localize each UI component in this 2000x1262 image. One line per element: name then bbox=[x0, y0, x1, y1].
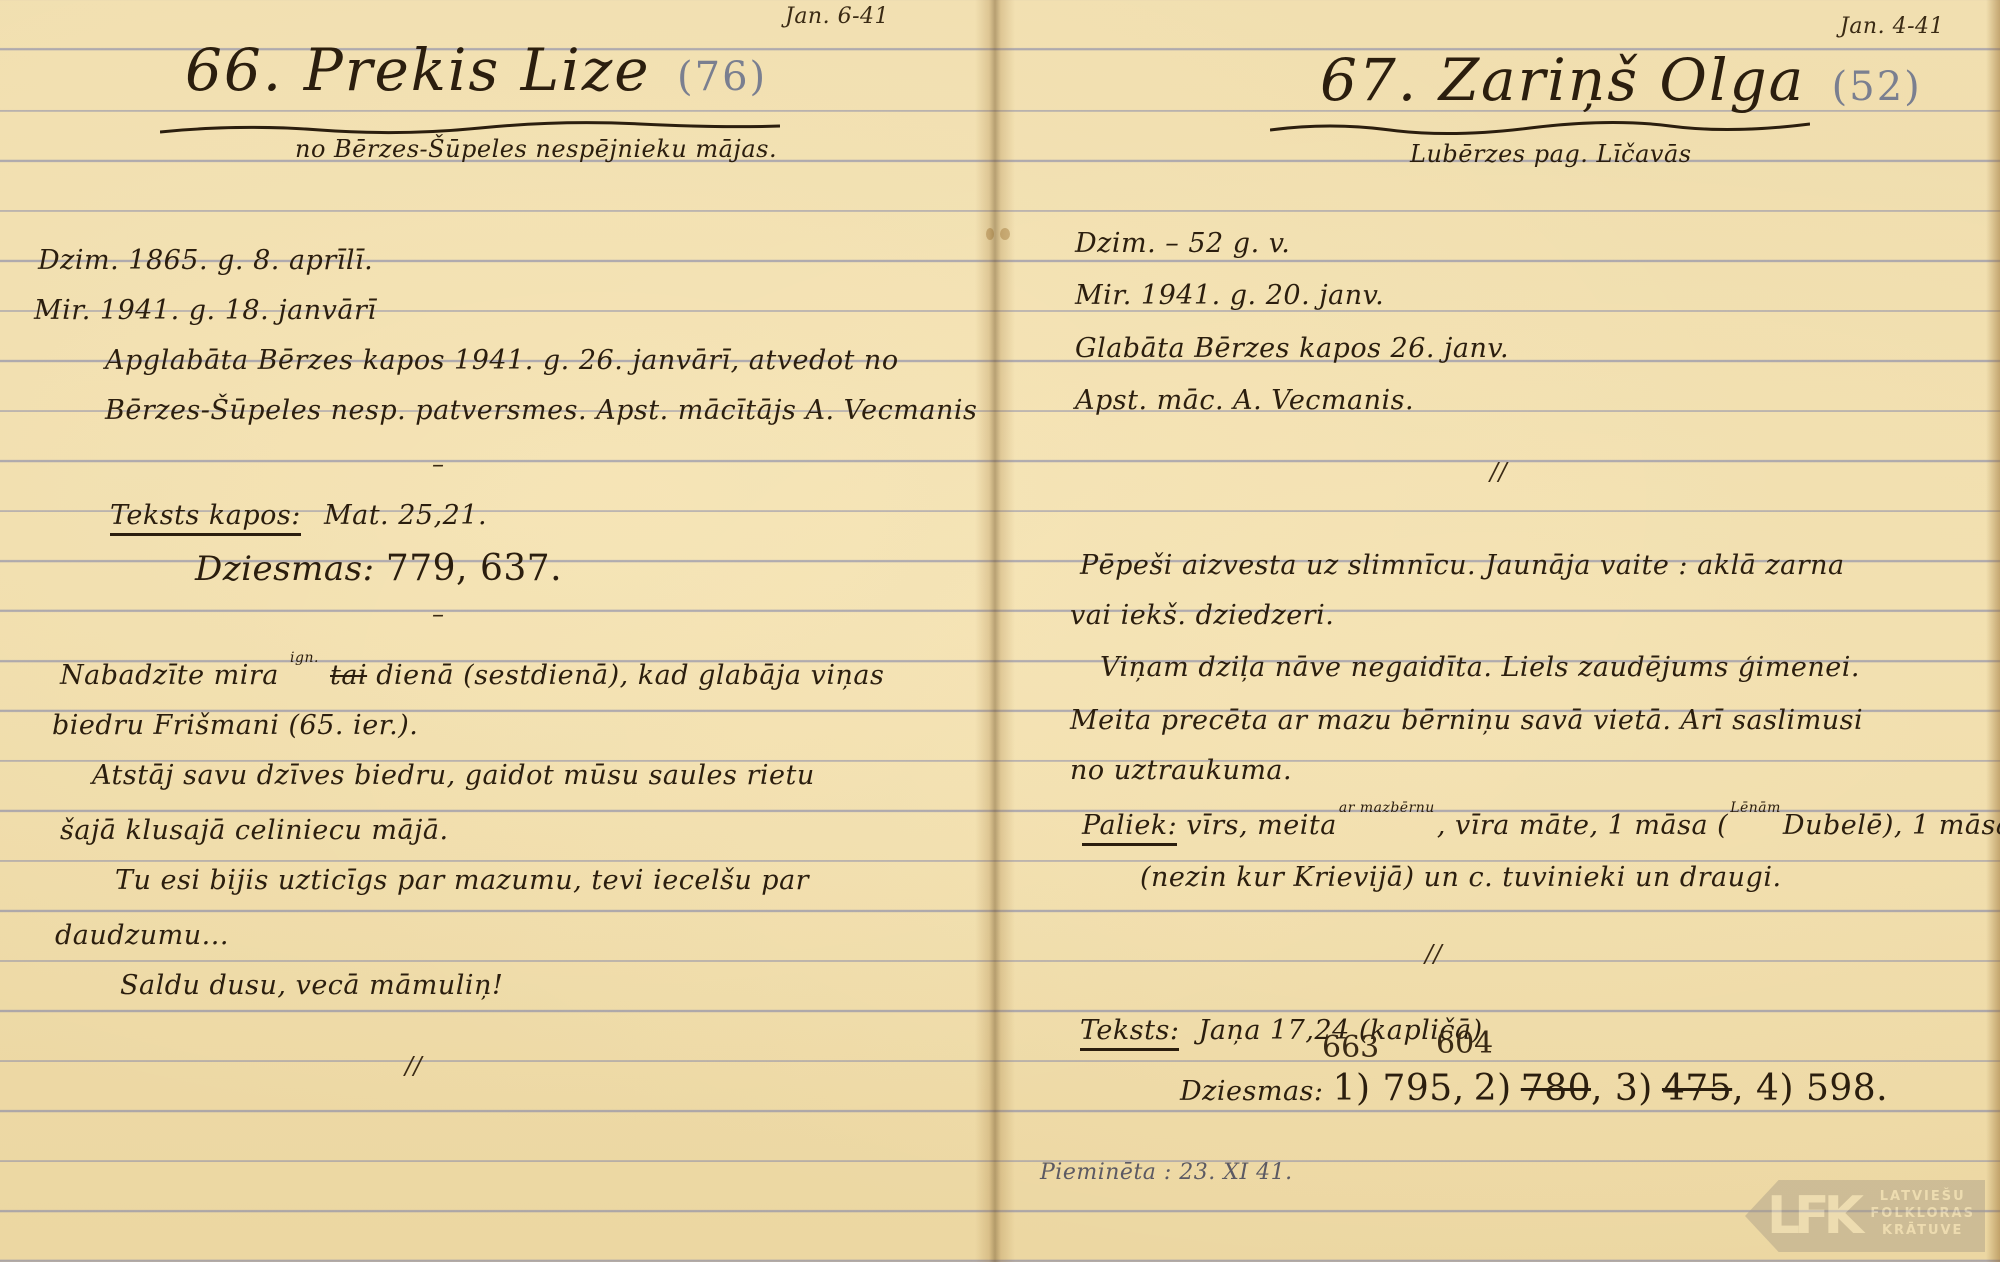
separator-mark: // bbox=[1490, 458, 1507, 486]
entry-name: Prekis Lize bbox=[304, 36, 651, 104]
paragraph-1-line-1: Pēpeši aizvesta uz slimnīcu. Jaunāja vai… bbox=[1080, 550, 1845, 581]
watermark-line: LATVIEŠU bbox=[1870, 1188, 1975, 1205]
paragraph-2-line-3: no uztraukuma. bbox=[1070, 755, 1292, 786]
paragraph-3-line-1: Tu esi bijis uzticīgs par mazumu, tevi i… bbox=[115, 865, 809, 896]
separator-mark: – bbox=[432, 450, 445, 478]
struck-word: tai bbox=[330, 660, 367, 691]
text-label: Teksts: bbox=[1080, 1015, 1179, 1051]
corner-date: Jan. 6-41 bbox=[785, 4, 889, 29]
lfk-logo-icon: LFK bbox=[1767, 1186, 1858, 1246]
song-3-struck: 475 bbox=[1662, 1068, 1732, 1109]
songs-numbers: 779, 637. bbox=[386, 548, 562, 589]
pastor-line: Apst. māc. A. Vecmanis. bbox=[1075, 385, 1414, 416]
watermark-line: KRĀTUVE bbox=[1870, 1222, 1975, 1239]
song-correction: 604 bbox=[1436, 1026, 1493, 1061]
born-line: Dzim. 1865. g. 8. aprīlī. bbox=[38, 245, 373, 276]
separator-mark: // bbox=[1425, 940, 1442, 968]
text-fragment: vīrs, meita bbox=[1186, 810, 1336, 841]
song-3-prefix: , 3) bbox=[1591, 1068, 1653, 1109]
paragraph-4: Saldu dusu, vecā māmuliņ! bbox=[120, 970, 503, 1001]
song-2-prefix: 2) bbox=[1474, 1068, 1512, 1109]
survivors-line-1: Paliek: vīrs, meitaar mazbērnu, vīra māt… bbox=[1082, 810, 2000, 841]
song-4: , 4) 598. bbox=[1732, 1068, 1888, 1109]
burial-line-1: Apglabāta Bērzes kapos 1941. g. 26. janv… bbox=[105, 345, 899, 376]
separator-mark: // bbox=[405, 1052, 422, 1080]
text-fragment: dienā (sestdienā), kad glabāja viņas bbox=[376, 660, 884, 691]
paragraph-1-line-2: biedru Frišmani (65. ier.). bbox=[52, 710, 418, 741]
entry-age: (76) bbox=[677, 54, 767, 100]
entry-title: 67. Zariņš Olga (52) bbox=[1320, 46, 1922, 114]
watermark-text: LATVIEŠU FOLKLORAS KRĀTUVE bbox=[1870, 1188, 1975, 1239]
text-ref: Mat. 25,21. bbox=[324, 500, 487, 531]
survivors-line-2: (nezin kur Krievijā) un c. tuvinieki un … bbox=[1140, 862, 1782, 893]
left-page: Jan. 6-41 66. Prekis Lize (76) no Bērzes… bbox=[0, 0, 990, 1262]
songs-label: Dziesmas: bbox=[1180, 1076, 1324, 1107]
born-line: Dzim. – 52 g. v. bbox=[1075, 228, 1290, 259]
entry-subtitle: Lubērzes pag. Līčavās bbox=[1410, 140, 1692, 168]
song-2-struck: 780 bbox=[1521, 1068, 1591, 1109]
insertion-note: ar mazbērnu bbox=[1339, 800, 1435, 816]
song-1: 1) 795, bbox=[1333, 1068, 1465, 1109]
right-page: Jan. 4-41 67. Zariņš Olga (52) Lubērzes … bbox=[1000, 0, 2000, 1262]
archive-watermark: LFK LATVIEŠU FOLKLORAS KRĀTUVE bbox=[1745, 1180, 1985, 1252]
text-fragment: Dubelē), 1 māsa bbox=[1783, 810, 2000, 841]
title-underline bbox=[1270, 118, 1810, 138]
songs-label: Dziesmas: bbox=[195, 549, 375, 589]
text-label: Teksts kapos: bbox=[110, 500, 301, 536]
burial-line-2: Bērzes-Šūpeles nesp. patversmes. Apst. m… bbox=[105, 395, 977, 426]
survivors-label: Paliek: bbox=[1082, 810, 1177, 846]
text-reference: Teksts: Jaņa 17,24 (kapličā) bbox=[1080, 1015, 1483, 1046]
insertion-note: Lēnām bbox=[1730, 800, 1781, 816]
text-fragment: , vīra māte, 1 māsa ( bbox=[1437, 810, 1728, 841]
separator-mark: – bbox=[432, 600, 445, 628]
paragraph-2-line-1: Viņam dziļa nāve negaidīta. Liels zaudēj… bbox=[1100, 652, 1860, 683]
notebook-spread: Jan. 6-41 66. Prekis Lize (76) no Bērzes… bbox=[0, 0, 2000, 1262]
corner-date: Jan. 4-41 bbox=[1840, 14, 1944, 39]
text-fragment: Nabadzīte mira bbox=[60, 660, 279, 691]
paragraph-1-line-2: vai iekš. dziedzeri. bbox=[1070, 600, 1334, 631]
died-line: Mir. 1941. g. 18. janvārī bbox=[34, 295, 377, 326]
died-line: Mir. 1941. g. 20. janv. bbox=[1075, 280, 1384, 311]
entry-number: 67. bbox=[1320, 46, 1418, 114]
footer-note: Pieminēta : 23. XI 41. bbox=[1040, 1160, 1293, 1185]
entry-number: 66. bbox=[185, 36, 283, 104]
burial-line: Glabāta Bērzes kapos 26. janv. bbox=[1075, 333, 1509, 364]
entry-title: 66. Prekis Lize (76) bbox=[185, 36, 767, 104]
entry-age: (52) bbox=[1832, 64, 1922, 110]
paragraph-2-line-1: Atstāj savu dzīves biedru, gaidot mūsu s… bbox=[92, 760, 815, 791]
songs-line: Dziesmas: 779, 637. bbox=[195, 548, 562, 589]
watermark-line: FOLKLORAS bbox=[1870, 1205, 1975, 1222]
paragraph-2-line-2: šajā klusajā celiniecu mājā. bbox=[60, 815, 449, 846]
paragraph-3-line-2: daudzumu... bbox=[55, 920, 229, 951]
text-reference: Teksts kapos: Mat. 25,21. bbox=[110, 500, 487, 531]
song-correction: 663 bbox=[1322, 1030, 1379, 1065]
insertion-note: ign. bbox=[290, 650, 319, 666]
entry-subtitle: no Bērzes-Šūpeles nespējnieku mājas. bbox=[295, 135, 777, 163]
entry-name: Zariņš Olga bbox=[1439, 46, 1806, 114]
watermark-badge: LFK LATVIEŠU FOLKLORAS KRĀTUVE bbox=[1745, 1180, 1985, 1252]
songs-line: Dziesmas: 1) 795, 2) 780, 3) 475, 4) 598… bbox=[1180, 1068, 1888, 1109]
paragraph-1-line-1: Nabadzīte mira ign. tai dienā (sestdienā… bbox=[60, 660, 884, 691]
paragraph-2-line-2: Meita precēta ar mazu bērniņu savā vietā… bbox=[1070, 705, 1863, 736]
